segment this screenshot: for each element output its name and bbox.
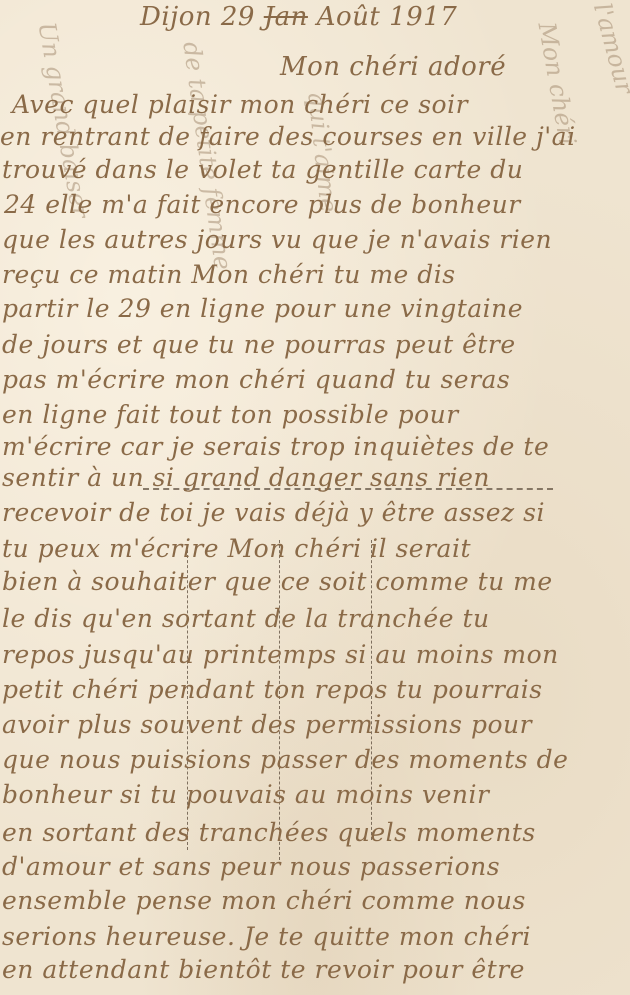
date-month: Août [317, 2, 381, 32]
letter-line: bonheur si tu pouvais au moins venir [2, 780, 489, 809]
letter-line: le dis qu'en sortant de la tranchée tu [2, 604, 490, 633]
letter-line: reçu ce matin Mon chéri tu me dis [2, 260, 456, 289]
date-year: 1917 [389, 2, 457, 32]
letter-line: avoir plus souvent des permissions pour [2, 710, 532, 739]
date-struck-month: Jan [264, 2, 308, 32]
letter-line: trouvé dans le volet ta gentille carte d… [2, 155, 523, 184]
letter-line: repos jusqu'au printemps si au moins mon [2, 640, 559, 669]
letter-line: Avec quel plaisir mon chéri ce soir [12, 90, 468, 119]
letter-line: bien à souhaiter que ce soit comme tu me [2, 567, 553, 596]
letter-line: d'amour et sans peur nous passerions [2, 852, 500, 881]
letter-line: en attendant bientôt te revoir pour être [2, 955, 525, 984]
letter-line: sentir à un si grand danger sans rien [2, 463, 490, 492]
letter-line: en sortant des tranchées quels moments [2, 818, 536, 847]
date-day: 29 [221, 2, 255, 32]
letter-line: partir le 29 en ligne pour une vingtaine [2, 294, 523, 323]
letter-line: petit chéri pendant ton repos tu pourrai… [2, 675, 543, 704]
letter-line: ensemble pense mon chéri comme nous [2, 886, 526, 915]
letter-line: de jours et que tu ne pourras peut être [2, 330, 516, 359]
letter-line: en rentrant de faire des courses en vill… [0, 122, 576, 151]
letter-line: 24 elle m'a fait encore plus de bonheur [4, 190, 521, 219]
letter-line: serions heureuse. Je te quitte mon chéri [2, 922, 531, 951]
letter-line: pas m'écrire mon chéri quand tu seras [2, 365, 510, 394]
letter-line: m'écrire car je serais trop inquiètes de… [2, 432, 549, 461]
letter-line: en ligne fait tout ton possible pour [2, 400, 459, 429]
letter-line: recevoir de toi je vais déjà y être asse… [2, 498, 545, 527]
letter-line: que nous puissions passer des moments de [2, 745, 568, 774]
postcard-back: Un grand baiser de ta petite femme qui t… [0, 0, 630, 995]
date-place: Dijon [140, 2, 212, 32]
salutation: Mon chéri adoré [280, 52, 506, 82]
letter-line: tu peux m'écrire Mon chéri il serait [2, 534, 471, 563]
letter-line: que les autres jours vu que je n'avais r… [2, 225, 552, 254]
letter-date: Dijon 29 Jan Août 1917 [140, 2, 457, 32]
cross-writing: l'amour [588, 0, 630, 97]
